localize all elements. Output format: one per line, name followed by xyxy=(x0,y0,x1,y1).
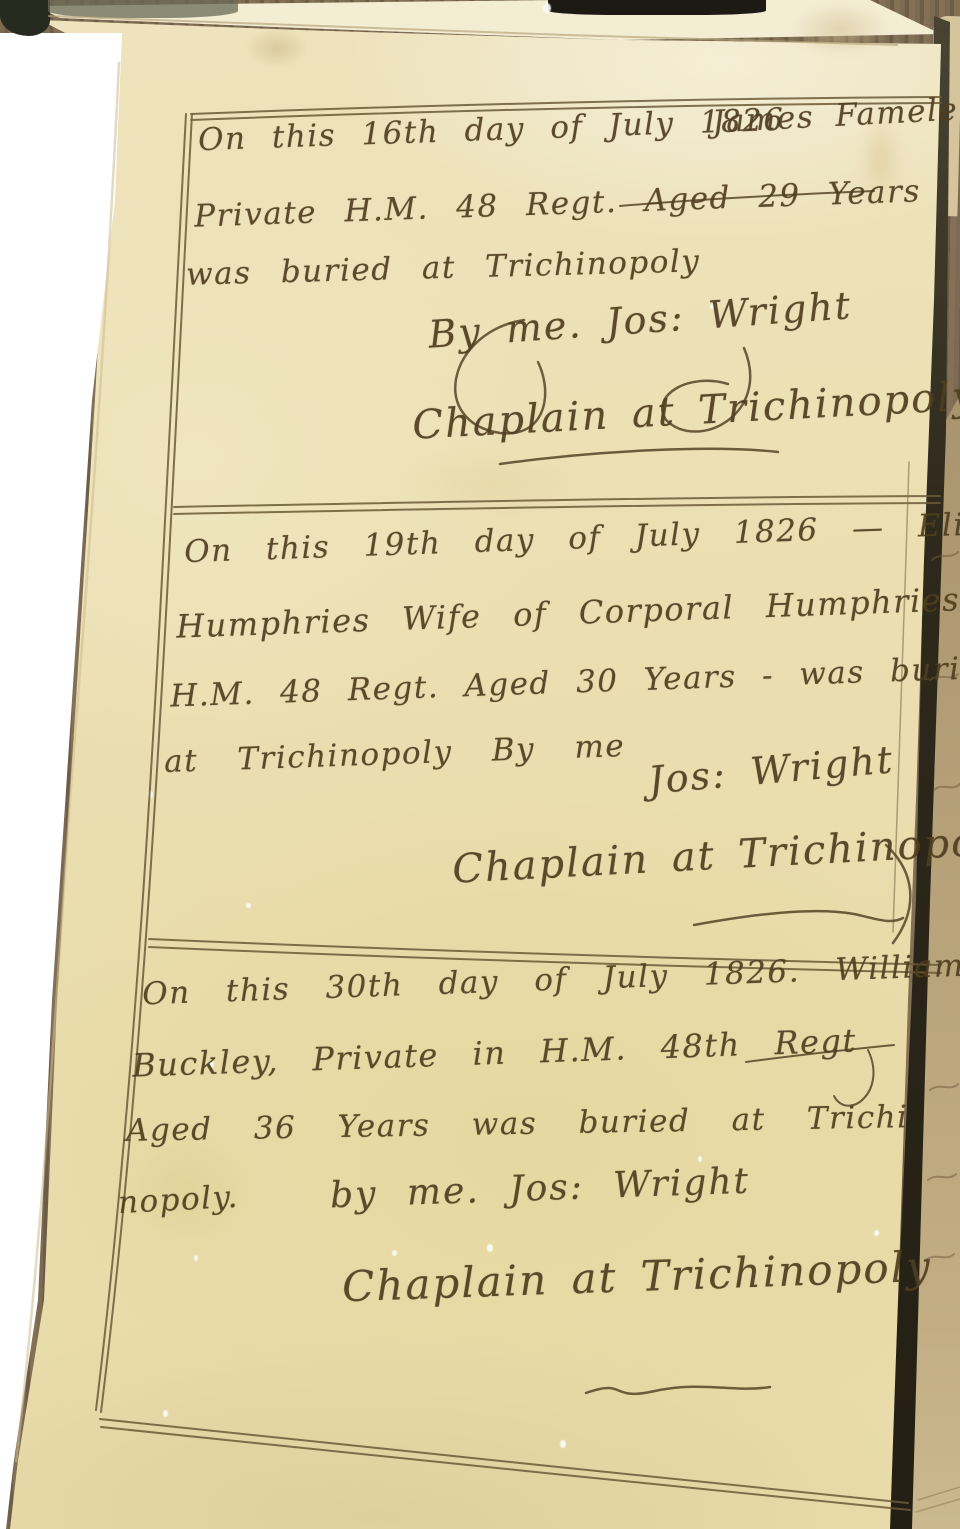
dark-streak-top-left xyxy=(48,0,238,18)
speck xyxy=(148,791,153,798)
speck xyxy=(560,1440,566,1448)
speck xyxy=(194,1255,198,1261)
speck xyxy=(392,1250,397,1256)
speck xyxy=(874,1230,879,1236)
dark-debris-top-left xyxy=(0,0,50,36)
speck xyxy=(487,1244,493,1252)
dark-band-top-center xyxy=(548,0,766,15)
speck xyxy=(698,1156,702,1162)
speck xyxy=(163,1410,168,1417)
speck xyxy=(246,903,251,908)
speck xyxy=(543,3,551,13)
photograph-of-burial-register: On this 16th day of July 1826 James Fame… xyxy=(0,0,960,1529)
entry3-line4a: nopoly. xyxy=(117,1179,240,1221)
